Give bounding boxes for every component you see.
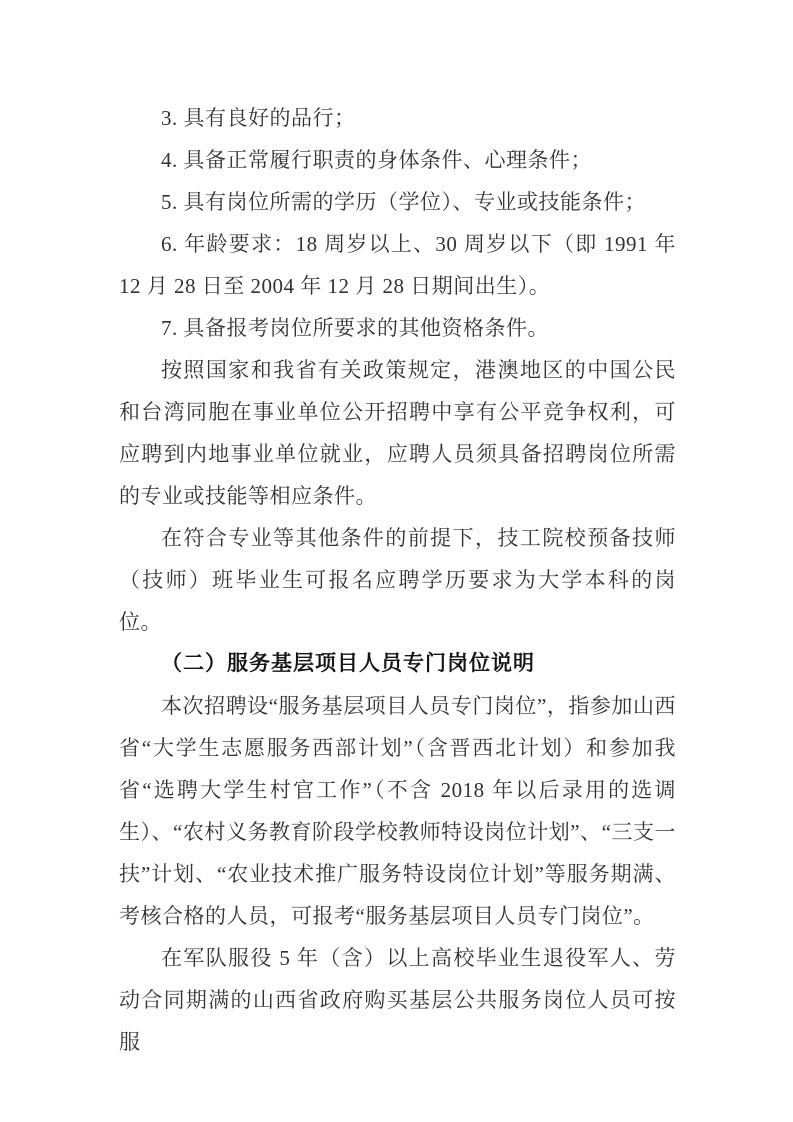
paragraph-clause-4: 4. 具备正常履行职责的身体条件、心理条件； [119,139,676,181]
paragraph-veterans-service-partial: 在军队服役 5 年（含）以上高校毕业生退役军人、劳动合同期满的山西省政府购买基层… [119,937,676,1063]
document-content: 3. 具有良好的品行； 4. 具备正常履行职责的身体条件、心理条件； 5. 具有… [119,97,676,1063]
paragraph-grassroots-program-description: 本次招聘设“服务基层项目人员专门岗位”，指参加山西省“大学生志愿服务西部计划”（… [119,685,676,937]
document-page: 3. 具有良好的品行； 4. 具备正常履行职责的身体条件、心理条件； 5. 具有… [0,0,793,1122]
section-heading-grassroots-positions: （二）服务基层项目人员专门岗位说明 [119,643,676,685]
paragraph-technician-eligibility: 在符合专业等其他条件的前提下，技工院校预备技师（技师）班毕业生可报名应聘学历要求… [119,517,676,643]
paragraph-clause-6-age-requirement: 6. 年龄要求：18 周岁以上、30 周岁以下（即 1991 年 12 月 28… [119,223,676,307]
paragraph-hk-mo-tw-policy: 按照国家和我省有关政策规定，港澳地区的中国公民和台湾同胞在事业单位公开招聘中享有… [119,349,676,517]
paragraph-clause-5: 5. 具有岗位所需的学历（学位）、专业或技能条件； [119,181,676,223]
paragraph-clause-3: 3. 具有良好的品行； [119,97,676,139]
paragraph-clause-7: 7. 具备报考岗位所要求的其他资格条件。 [119,307,676,349]
